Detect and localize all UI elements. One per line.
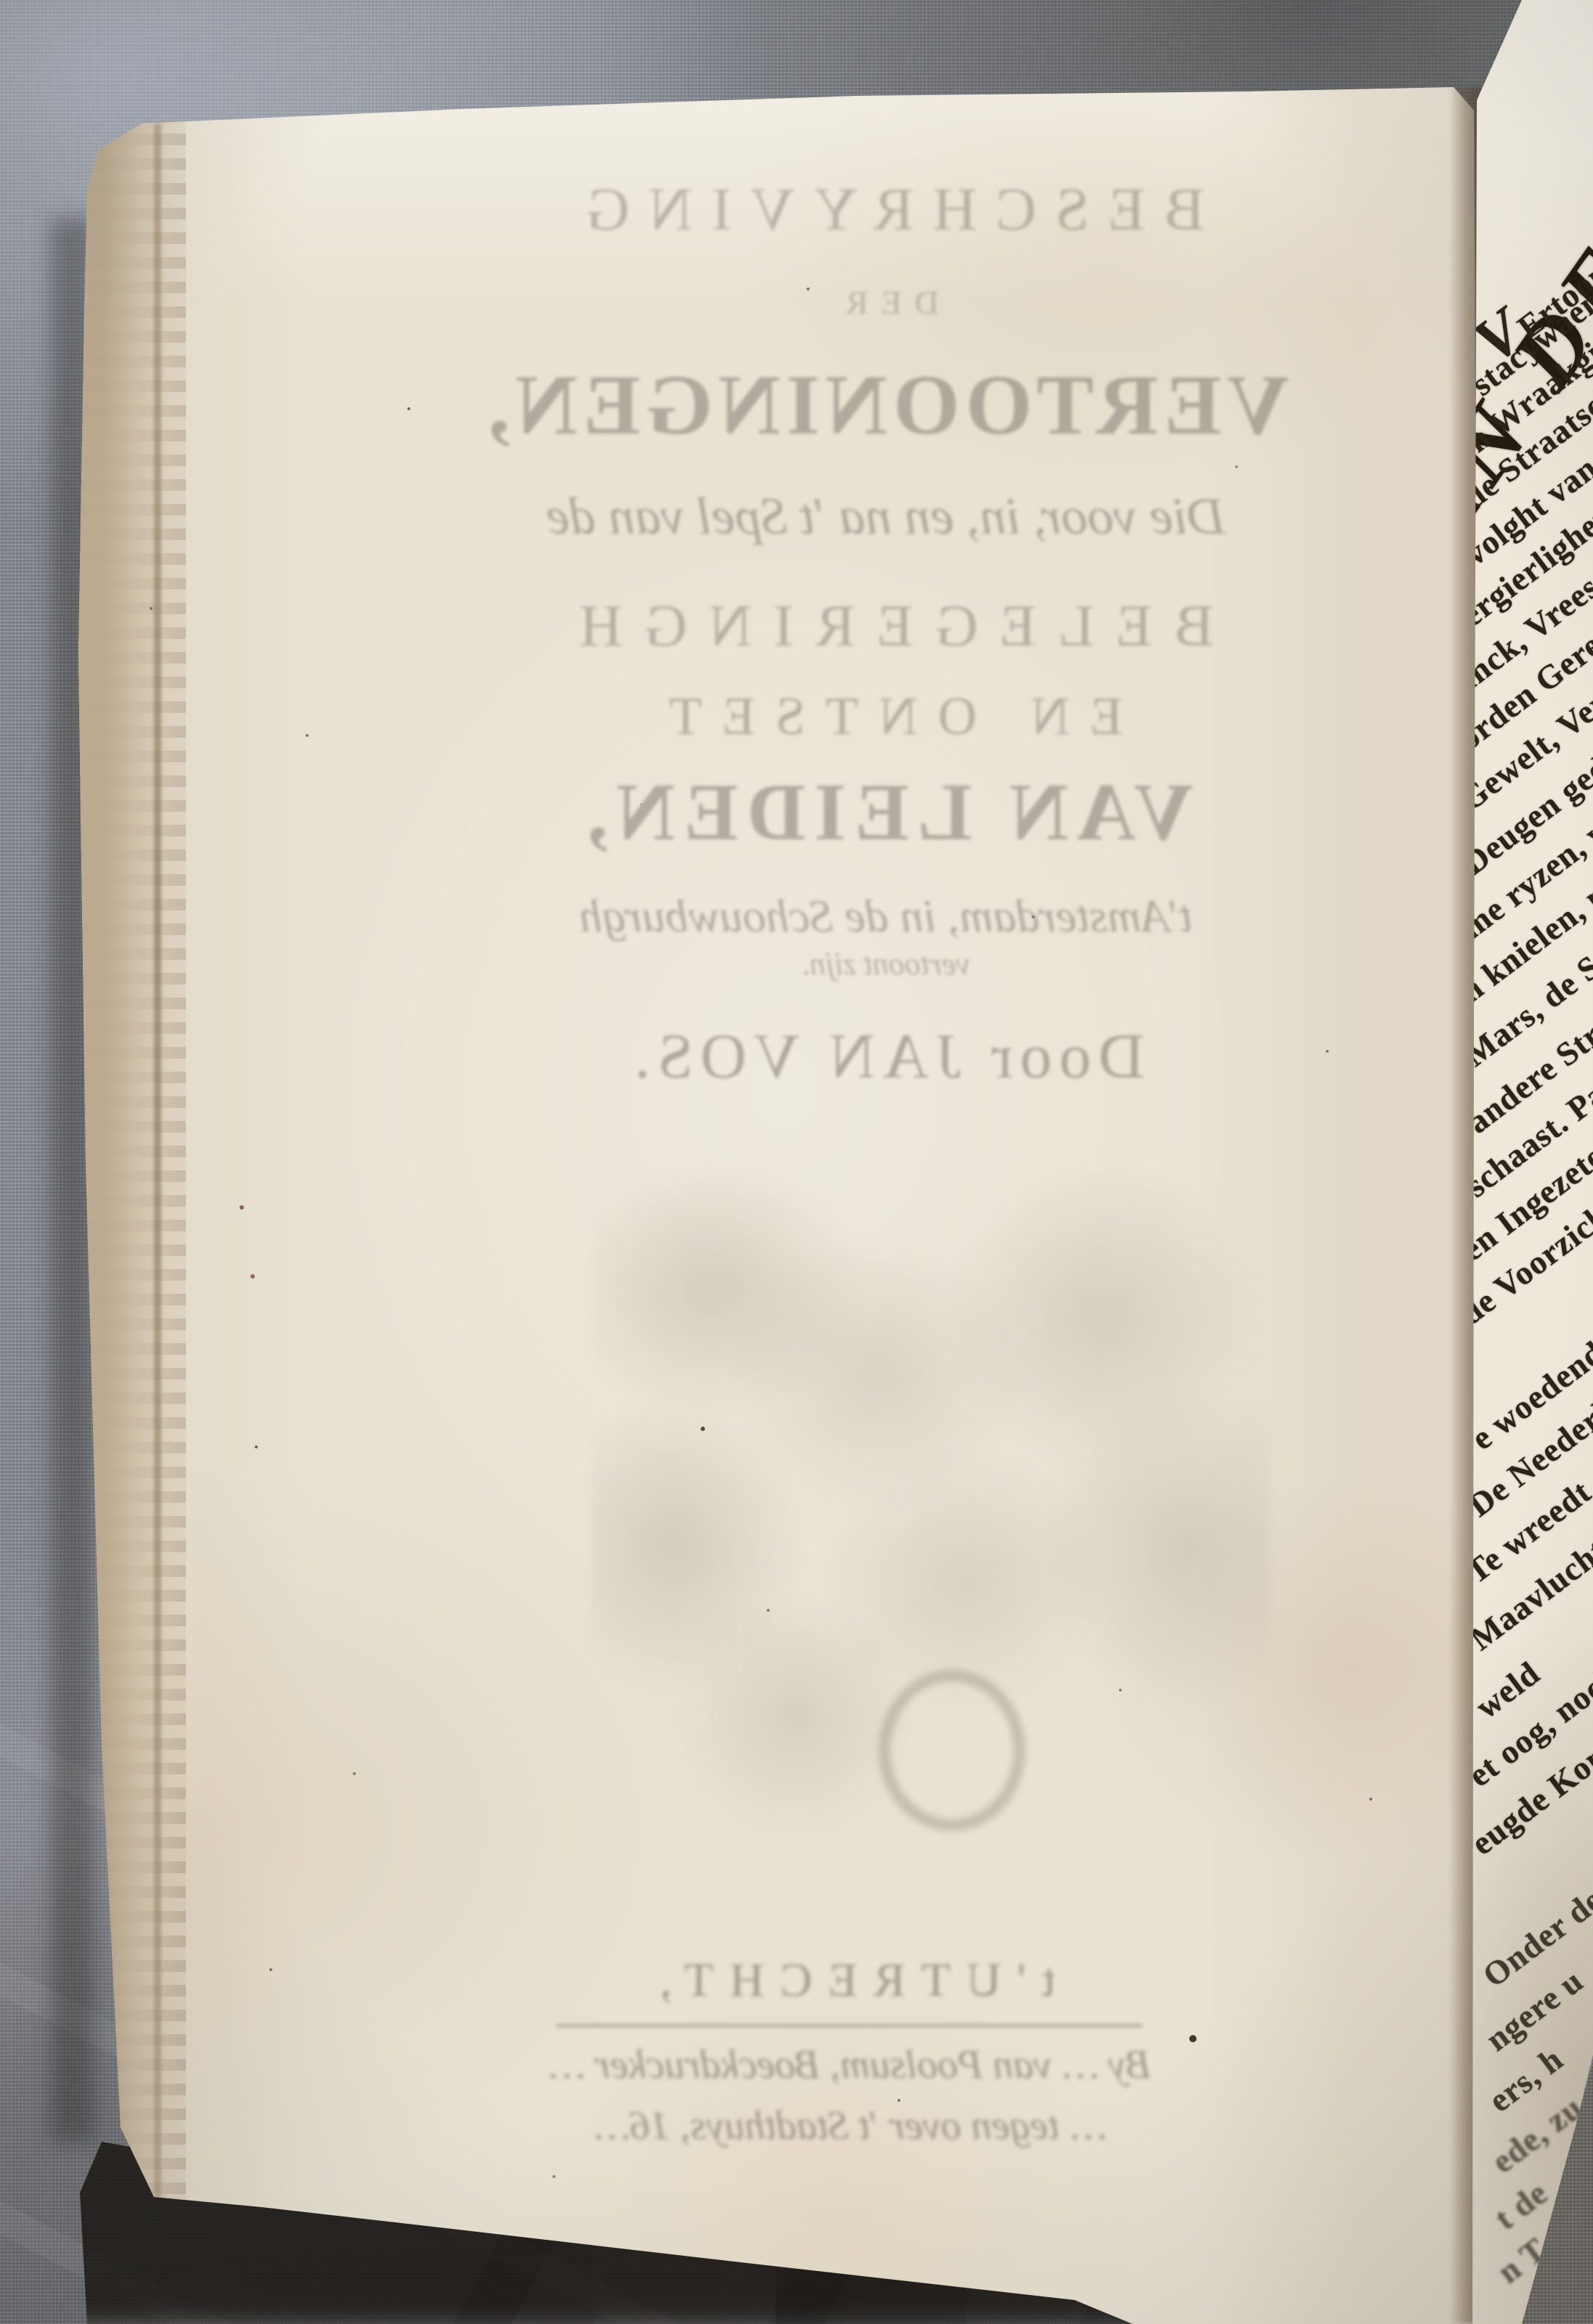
book-photograph: BESCHRYVING DER VERTOONINGEN, Die voor, … <box>0 0 1593 2324</box>
show-through-line: VERTOONINGEN, <box>465 356 1307 454</box>
show-through-line: DER <box>465 283 1307 322</box>
imprint-printer-line: By … van Poolsum, Boeckdrucker … <box>392 2042 1307 2088</box>
show-through-line: EN ONTSET <box>465 686 1307 748</box>
mirrored-title-show-through: BESCHRYVING DER VERTOONINGEN, Die voor, … <box>465 174 1307 1154</box>
page-edge-layers <box>154 123 161 2200</box>
mirrored-imprint-show-through: t'UTRECHT, By … van Poolsum, Boeckdrucke… <box>392 1931 1307 2207</box>
left-page: BESCHRYVING DER VERTOONINGEN, Die voor, … <box>0 0 1593 2324</box>
imprint-address-line: … tegen over 't Stadthuys, 16… <box>392 2103 1307 2149</box>
show-through-line: Die voor, in, en na 't Spel van de <box>465 486 1307 547</box>
ornament-spiral-detail <box>879 1670 1025 1831</box>
imprint-city-line: t'UTRECHT, <box>392 1953 1307 2008</box>
show-through-line: BELEGERINGH <box>465 592 1307 660</box>
imprint-rule <box>557 2024 1142 2027</box>
show-through-line: VAN LEIDEN, <box>465 766 1307 860</box>
show-through-line: t'Amsterdam, in de Schouwburgh <box>465 889 1307 943</box>
show-through-line: BESCHRYVING <box>465 174 1307 245</box>
show-through-line: vertoont zijn. <box>465 945 1307 982</box>
show-through-line: Door JAN VOS. <box>465 1020 1307 1093</box>
